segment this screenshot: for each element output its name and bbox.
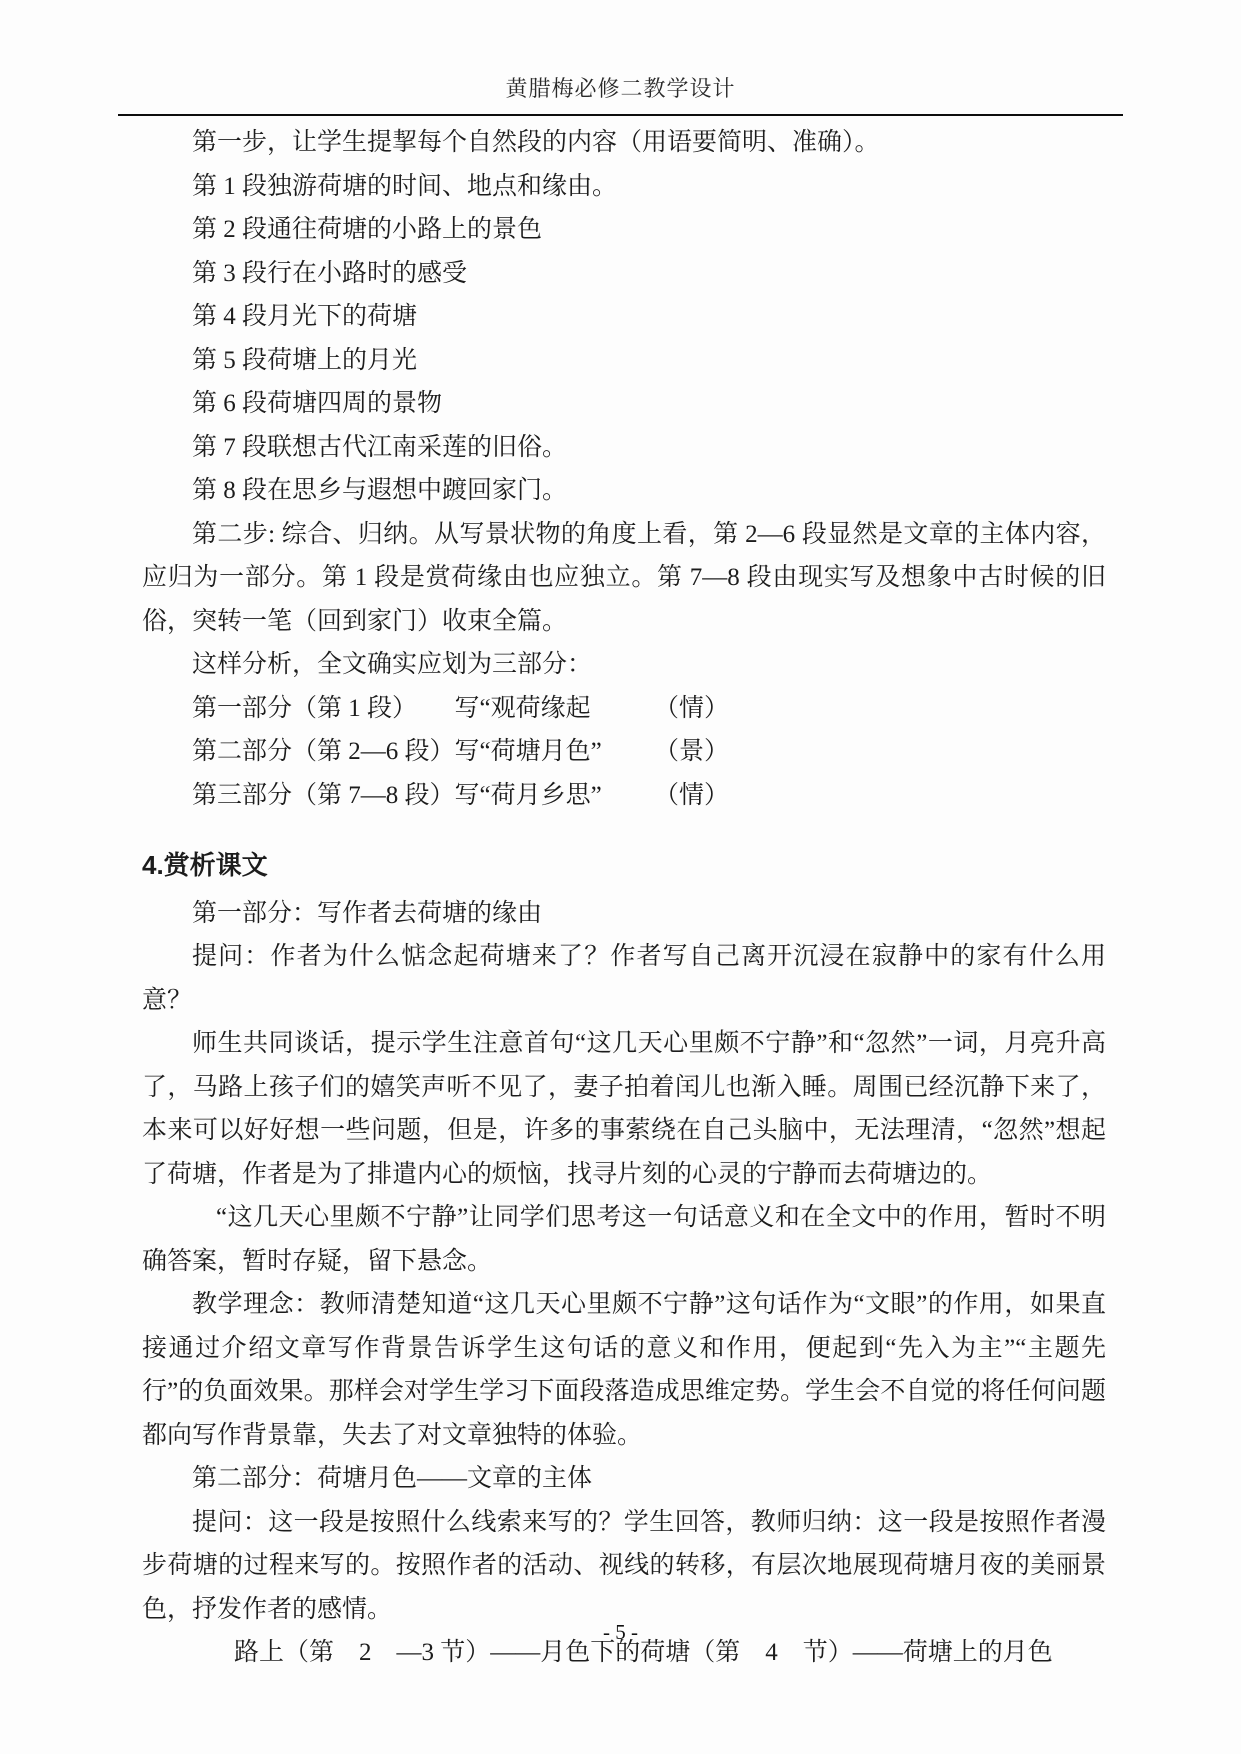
header-title: 黄腊梅必修二教学设计 xyxy=(118,72,1123,116)
body-paragraph: 第一步，让学生提挈每个自然段的内容（用语要简明、准确）。 xyxy=(142,121,1106,165)
body-paragraph: 第二部分：荷塘月色——文章的主体 xyxy=(142,1457,1106,1501)
segment-line: 第 3 段行在小路时的感受 xyxy=(142,252,1106,296)
body-paragraph: 提问：这一段是按照什么线索来写的？学生回答，教师归纳：这一段是按照作者漫步荷塘的… xyxy=(142,1501,1106,1632)
document-body: 第一步，让学生提挈每个自然段的内容（用语要简明、准确）。 第 1 段独游荷塘的时… xyxy=(142,121,1106,1675)
part-summary-text: 第三部分（第 7—8 段）写“荷月乡思” xyxy=(192,782,602,809)
part-note: （情） xyxy=(654,687,729,731)
segment-line: 第 1 段独游荷塘的时间、地点和缘由。 xyxy=(142,165,1106,209)
part-summary-text: 第一部分（第 1 段） 写“观荷缘起 xyxy=(192,695,591,722)
part-summary-text: 第二部分（第 2—6 段）写“荷塘月色” xyxy=(192,738,602,765)
segment-line: 第 2 段通往荷塘的小路上的景色 xyxy=(142,208,1106,252)
body-paragraph: 教学理念：教师清楚知道“这几天心里颇不宁静”这句话作为“文眼”的作用，如果直接通… xyxy=(142,1283,1106,1457)
body-paragraph: 第一部分：写作者去荷塘的缘由 xyxy=(142,892,1106,936)
part-summary-line: 第二部分（第 2—6 段）写“荷塘月色”（景） xyxy=(142,730,1106,774)
part-summary-line: 第一部分（第 1 段） 写“观荷缘起（情） xyxy=(142,687,1106,731)
segment-line: 第 5 段荷塘上的月光 xyxy=(142,339,1106,383)
footer-page-number: - 5 - xyxy=(0,1620,1241,1645)
segment-line: 第 4 段月光下的荷塘 xyxy=(142,295,1106,339)
document-page: 黄腊梅必修二教学设计 第一步，让学生提挈每个自然段的内容（用语要简明、准确）。 … xyxy=(0,0,1241,1754)
body-paragraph: 师生共同谈话，提示学生注意首句“这几天心里颇不宁静”和“忽然”一词，月亮升高了，… xyxy=(142,1022,1106,1196)
part-note: （景） xyxy=(654,730,729,774)
body-paragraph: 提问：作者为什么惦念起荷塘来了？作者写自己离开沉浸在寂静中的家有什么用意？ xyxy=(142,935,1106,1022)
body-paragraph: 第二步: 综合、归纳。从写景状物的角度上看，第 2—6 段显然是文章的主体内容，… xyxy=(142,513,1106,644)
part-summary-line: 第三部分（第 7—8 段）写“荷月乡思”（情） xyxy=(142,774,1106,818)
segment-line: 第 8 段在思乡与遐想中踱回家门。 xyxy=(142,469,1106,513)
segment-line: 第 7 段联想古代江南采莲的旧俗。 xyxy=(142,426,1106,470)
body-paragraph: 这样分析，全文确实应划为三部分： xyxy=(142,643,1106,687)
segment-line: 第 6 段荷塘四周的景物 xyxy=(142,382,1106,426)
part-note: （情） xyxy=(654,774,729,818)
section-heading: 4.赏析课文 xyxy=(142,844,1106,888)
quote-paragraph: “这几天心里颇不宁静”让同学们思考这一句话意义和在全文中的作用，暂时不明确答案，… xyxy=(142,1196,1106,1283)
